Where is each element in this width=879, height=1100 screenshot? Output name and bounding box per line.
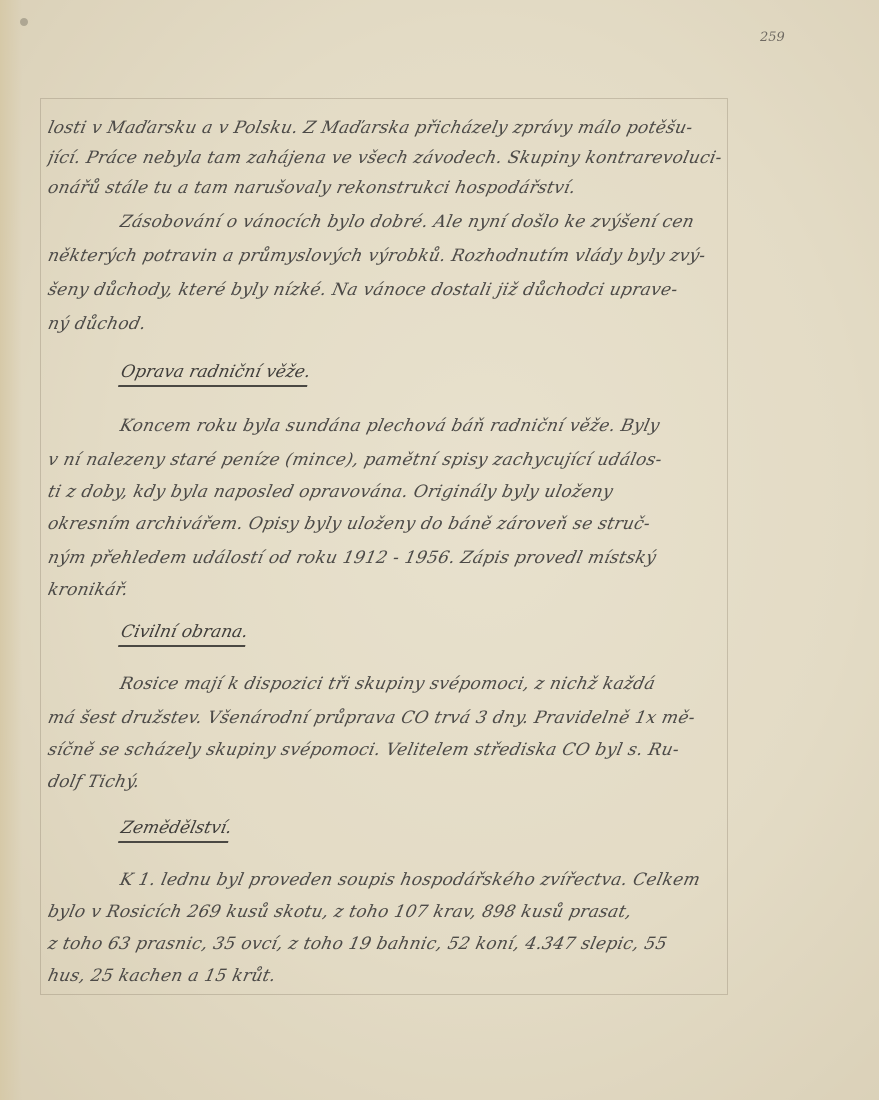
writing-frame (40, 98, 728, 995)
text-line: dolf Tichý. (46, 772, 730, 792)
text-line: onářů stále tu a tam narušovaly rekonstr… (46, 178, 730, 198)
text-line: ti z doby, kdy byla naposled opravována.… (46, 482, 730, 502)
text-line: Rosice mají k dispozici tři skupiny svép… (118, 674, 730, 694)
text-line: Koncem roku byla sundána plechová báň ra… (118, 416, 730, 436)
text-line: v ní nalezeny staré peníze (mince), pamě… (46, 450, 730, 470)
text-line: kronikář. (46, 580, 730, 600)
text-line: Zásobování o vánocích bylo dobré. Ale ny… (118, 212, 730, 232)
section-heading-agriculture: Zemědělství. (118, 818, 234, 843)
text-line: ným přehledem událostí od roku 1912 - 19… (46, 548, 730, 568)
section-heading-civil-defense: Civilní obrana. (118, 622, 250, 647)
text-line: bylo v Rosicích 269 kusů skotu, z toho 1… (46, 902, 730, 922)
manuscript-page: 259 losti v Maďarsku a v Polsku. Z Maďar… (0, 0, 879, 1100)
text-line: ný důchod. (46, 314, 730, 334)
text-line: některých potravin a průmyslových výrobk… (46, 246, 730, 266)
ink-stain (20, 18, 28, 26)
section-heading-tower-repair: Oprava radniční věže. (118, 362, 312, 387)
text-line: hus, 25 kachen a 15 krůt. (46, 966, 730, 986)
page-number: 259 (760, 30, 785, 45)
text-line: šeny důchody, které byly nízké. Na vánoc… (46, 280, 730, 300)
text-line: losti v Maďarsku a v Polsku. Z Maďarska … (46, 118, 730, 138)
text-line: jící. Práce nebyla tam zahájena ve všech… (46, 148, 730, 168)
text-line: okresním archivářem. Opisy byly uloženy … (46, 514, 730, 534)
text-line: K 1. lednu byl proveden soupis hospodářs… (118, 870, 730, 890)
page-binding-shadow (0, 0, 22, 1100)
text-line: z toho 63 prasnic, 35 ovcí, z toho 19 ba… (46, 934, 730, 954)
text-line: síčně se scházely skupiny svépomoci. Vel… (46, 740, 730, 760)
text-line: má šest družstev. Všenárodní průprava CO… (46, 708, 730, 728)
